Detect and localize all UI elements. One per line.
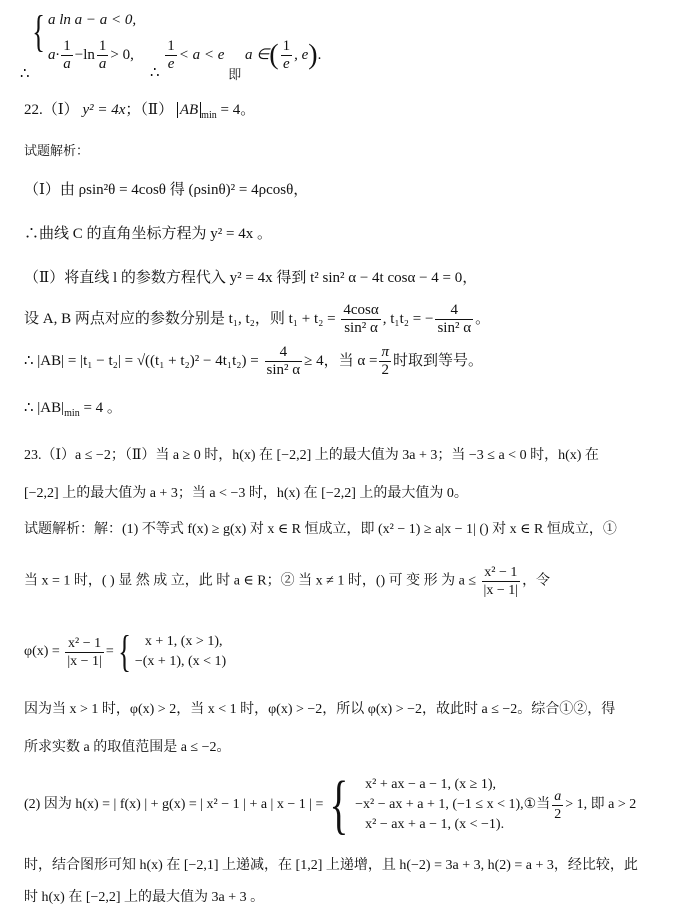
therefore-symbol: ∴ xyxy=(20,64,30,84)
phi-conclusion-line1: 因为当 x > 1 时，φ(x) > 2，当 x < 1 时，φ(x) > −2… xyxy=(24,700,615,720)
left-brace: { xyxy=(330,772,349,838)
q22-final: ∴ |AB|min = 4 。 xyxy=(24,398,122,424)
q23-answer-line1: 23.（Ⅰ）a ≤ −2；（Ⅱ）当 a ≥ 0 时，h(x) 在 [−2,2] … xyxy=(24,446,599,466)
phi-conclusion-line2: 所求实数 a 的取值范围是 a ≤ −2。 xyxy=(24,738,231,758)
fraction: 4sin² α xyxy=(265,344,303,379)
phi-definition: φ(x) = x² − 1|x − 1|={x + 1, (x > 1),−(x… xyxy=(24,630,226,680)
q22-part2-line1: （Ⅱ）将直线 l 的参数方程代入 y² = 4x 得到 t² sin² α − … xyxy=(24,268,477,288)
left-brace: { xyxy=(118,630,131,674)
fraction: x² − 1|x − 1| xyxy=(482,564,521,599)
q23-analysis-line2: 当 x = 1 时，( ) 显 然 成 立，此 时 a ∈ R；② 当 x ≠ … xyxy=(24,564,550,604)
fraction: 1a xyxy=(97,38,109,73)
h-definition: (2) 因为 h(x) = | f(x) | + g(x) = | x² − 1… xyxy=(24,772,636,842)
conclusion-line1: 时，结合图形可知 h(x) 在 [−2,1] 上递减，在 [1,2] 上递增，且… xyxy=(24,856,638,876)
q22-part2-line2: 设 A, B 两点对应的参数分别是 t₁, t₂，则 t₁ + t₂ = 4co… xyxy=(24,302,490,342)
q23-answer-line2: [−2,2] 上的最大值为 a + 3；当 a < −3 时，h(x) 在 [−… xyxy=(24,484,468,504)
inequality-case-2: a·1a−ln1a> 0, xyxy=(48,38,134,73)
fraction: 4sin² α xyxy=(435,302,473,337)
h-cases: x² + ax − a − 1, (x ≥ 1),−x² − ax + a + … xyxy=(355,775,524,835)
q22-part1-line: （Ⅰ）由 ρsin²θ = 4cosθ 得 (ρsinθ)² = 4ρcosθ， xyxy=(24,180,308,200)
q22-answer-line: 22.（Ⅰ） y² = 4x；（Ⅱ） ABmin = 4。 xyxy=(24,100,255,126)
fraction: 4cosαsin² α xyxy=(341,302,380,337)
fraction: 1e xyxy=(281,38,293,73)
inequality-case-1: a ln a − a < 0, xyxy=(48,10,136,30)
fraction: 1a xyxy=(61,38,73,73)
phi-cases: x + 1, (x > 1),−(x + 1), (x < 1) xyxy=(135,632,226,672)
q22-part1-conclusion: ∴曲线 C 的直角坐标方程为 y² = 4x 。 xyxy=(24,224,272,244)
fraction: x² − 1|x − 1| xyxy=(65,635,104,670)
left-brace: { xyxy=(32,10,45,54)
range-result: ∴ 1e< a < e 即 a ∈(1e, e). xyxy=(150,38,321,73)
q22-analysis-label: 试题解析： xyxy=(24,142,89,162)
q23-analysis-line1: 试题解析：解：(1) 不等式 f(x) ≥ g(x) 对 x ∈ R 恒成立，即… xyxy=(24,520,617,540)
conclusion-line2: 时 h(x) 在 [−2,2] 上的最大值为 3a + 3 。 xyxy=(24,888,264,908)
q22-part2-line3: ∴ |AB| = |t₁ − t₂| = √((t₁ + t₂)² − 4t₁t… xyxy=(24,344,483,384)
fraction: a2 xyxy=(552,788,563,823)
fraction: π2 xyxy=(379,344,391,379)
fraction: 1e xyxy=(165,38,177,73)
